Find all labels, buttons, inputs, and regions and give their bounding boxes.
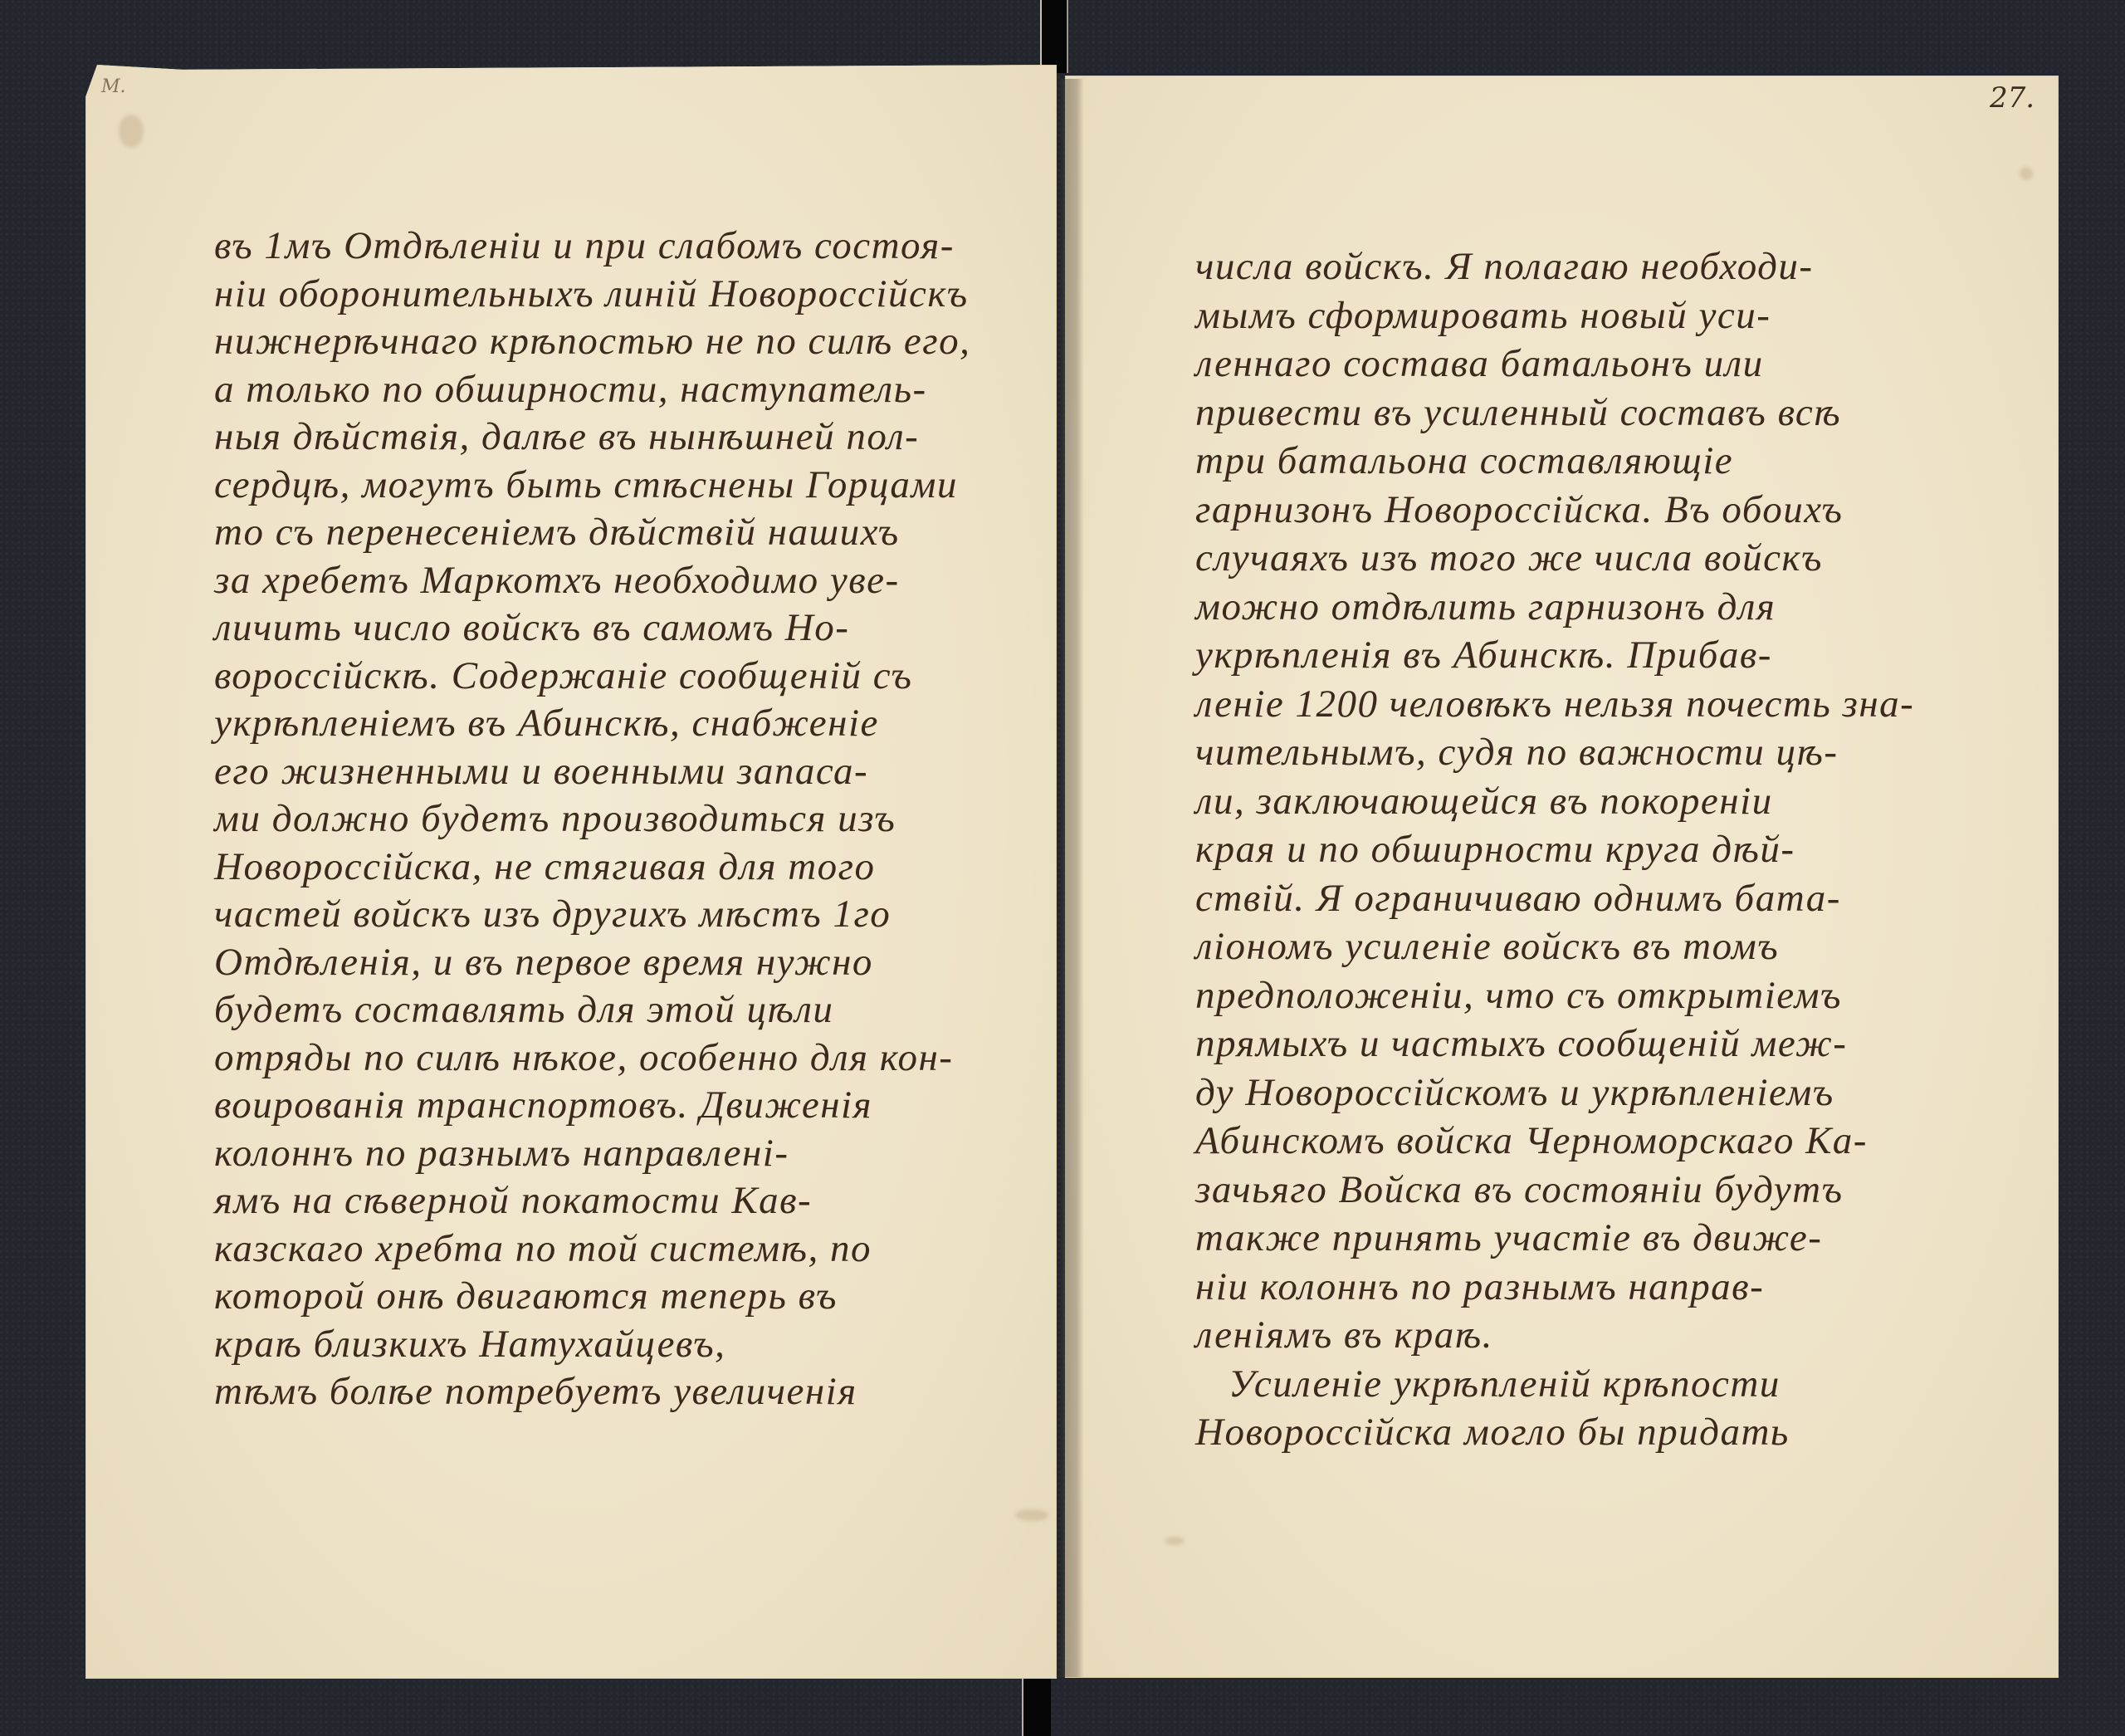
manuscript-line: укрѣпленіемъ въ Абинскѣ, снабженіе (214, 700, 1053, 748)
manuscript-line: случаяхъ изъ того же числа войскъ (1195, 534, 2025, 583)
manuscript-line: ніи оборонительныхъ линій Новороссійскъ (214, 271, 1053, 319)
binding-spine-bottom (1022, 1679, 1051, 1736)
manuscript-line: воированія транспортовъ. Движенія (214, 1082, 1053, 1130)
manuscript-line: а только по обширности, наступатель- (214, 366, 1053, 414)
manuscript-line: леніе 1200 человѣкъ нельзя почесть зна- (1195, 680, 2025, 729)
manuscript-line: отряды по силѣ нѣкое, особенно для кон- (214, 1034, 1053, 1083)
paper-stain (2020, 167, 2033, 180)
manuscript-line: которой онѣ двигаются теперь въ (214, 1273, 1053, 1321)
manuscript-line: три батальона составляющіе (1195, 437, 2025, 486)
manuscript-line: можно отдѣлить гарнизонъ для (1195, 583, 2025, 632)
manuscript-line: частей войскъ изъ другихъ мѣстъ 1го (214, 891, 1053, 939)
manuscript-line: ду Новороссійскомъ и укрѣпленіемъ (1195, 1068, 2025, 1117)
manuscript-line: Абинскомъ войска Черноморскаго Ка- (1195, 1117, 2025, 1166)
manuscript-line: ли, заключающейся въ покореніи (1195, 777, 2025, 826)
manuscript-line: нижнерѣчнаго крѣпостью не по силѣ его, (214, 318, 1053, 366)
right-page-text: числа войскъ. Я полагаю необходи-мымъ сф… (1195, 242, 2025, 1457)
manuscript-line: сердцѣ, могутъ быть стѣснены Горцами (214, 462, 1053, 510)
manuscript-line: вороссійскѣ. Содержаніе сообщеній съ (214, 653, 1053, 701)
manuscript-line: за хребетъ Маркотхъ необходимо уве- (214, 557, 1053, 605)
manuscript-line: Новороссійска могло бы придать (1195, 1408, 2025, 1457)
manuscript-line: Отдѣленія, и въ первое время нужно (214, 939, 1053, 987)
manuscript-line: ствій. Я ограничиваю однимъ бата- (1195, 874, 2025, 923)
manuscript-line: укрѣпленія въ Абинскѣ. Прибав- (1195, 631, 2025, 680)
manuscript-line: прямыхъ и частыхъ сообщеній меж- (1195, 1020, 2025, 1068)
manuscript-line: личить число войскъ въ самомъ Но- (214, 604, 1053, 653)
manuscript-line: колоннъ по разнымъ направлені- (214, 1130, 1053, 1178)
folio-number: 27. (1990, 81, 2035, 115)
corner-mark: M. (101, 76, 126, 97)
manuscript-line: гарнизонъ Новороссійска. Въ обоихъ (1195, 486, 2025, 535)
manuscript-line: привести въ усиленный составъ всѣ (1195, 389, 2025, 438)
manuscript-line: также принять участіе въ движе- (1195, 1214, 2025, 1263)
manuscript-line: леніямъ въ краѣ. (1195, 1311, 2025, 1360)
manuscript-line: числа войскъ. Я полагаю необходи- (1195, 242, 2025, 291)
manuscript-line: чительнымъ, судя по важности цѣ- (1195, 728, 2025, 777)
manuscript-line: Новороссійска, не стягивая для того (214, 844, 1053, 892)
binding-spine-top (1040, 0, 1068, 73)
manuscript-line: его жизненными и военными запаса- (214, 748, 1053, 796)
manuscript-line: тѣмъ болѣе потребуетъ увеличенія (214, 1368, 1053, 1416)
manuscript-line: мымъ сформировать новый уси- (1195, 291, 2025, 340)
manuscript-line: въ 1мъ Отдѣленіи и при слабомъ состоя- (214, 223, 1053, 271)
paper-stain (1165, 1537, 1185, 1545)
paper-stain (1015, 1509, 1048, 1521)
manuscript-line: края и по обширности круга дѣй- (1195, 825, 2025, 874)
manuscript-line: зачьяго Войска въ состояніи будутъ (1195, 1166, 2025, 1215)
manuscript-line: предположеніи, что съ открытіемъ (1195, 971, 2025, 1020)
manuscript-line: Усиленіе укрѣпленій крѣпости (1195, 1360, 2025, 1409)
manuscript-line: казскаго хребта по той системѣ, по (214, 1225, 1053, 1274)
left-page-text: въ 1мъ Отдѣленіи и при слабомъ состоя-ні… (214, 223, 1053, 1416)
manuscript-line: леннаго состава батальонъ или (1195, 340, 2025, 389)
manuscript-line: ми должно будетъ производиться изъ (214, 795, 1053, 844)
manuscript-line: ніи колоннъ по разнымъ направ- (1195, 1263, 2025, 1312)
manuscript-line: то съ перенесеніемъ дѣйствій нашихъ (214, 509, 1053, 557)
scan-frame: M. 27. въ 1мъ Отдѣленіи и при слабомъ со… (0, 0, 2125, 1736)
ink-stain (119, 115, 144, 148)
manuscript-line: будетъ составлять для этой цѣли (214, 986, 1053, 1034)
gutter-shadow (1059, 79, 1084, 1677)
manuscript-line: ныя дѣйствія, далѣе въ нынѣшней пол- (214, 413, 1053, 462)
manuscript-line: краѣ близкихъ Натухайцевъ, (214, 1321, 1053, 1369)
manuscript-line: ліономъ усиленіе войскъ въ томъ (1195, 922, 2025, 971)
manuscript-line: ямъ на сѣверной покатости Кав- (214, 1177, 1053, 1225)
